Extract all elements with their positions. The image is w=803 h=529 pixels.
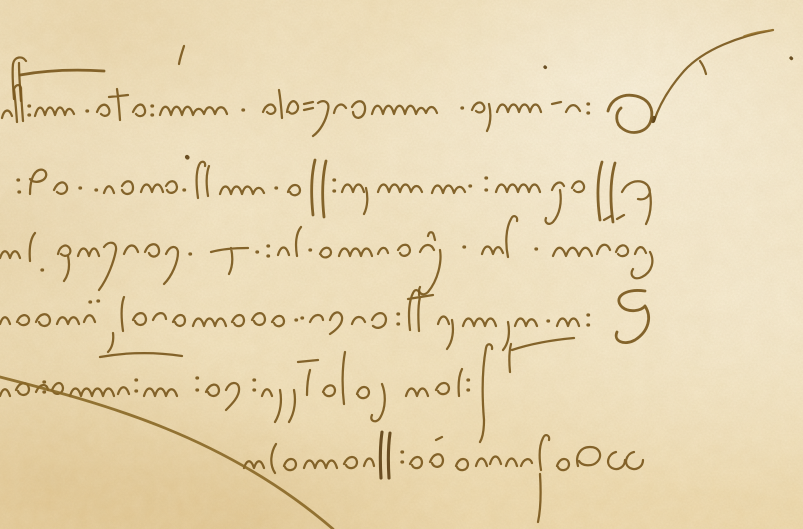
manuscript-artwork <box>0 0 803 529</box>
manuscript-photo <box>0 0 803 529</box>
bold-dot <box>187 157 188 158</box>
speck <box>791 58 792 59</box>
paper-grain-fine <box>0 0 803 529</box>
flourish-end-blob <box>653 118 654 121</box>
